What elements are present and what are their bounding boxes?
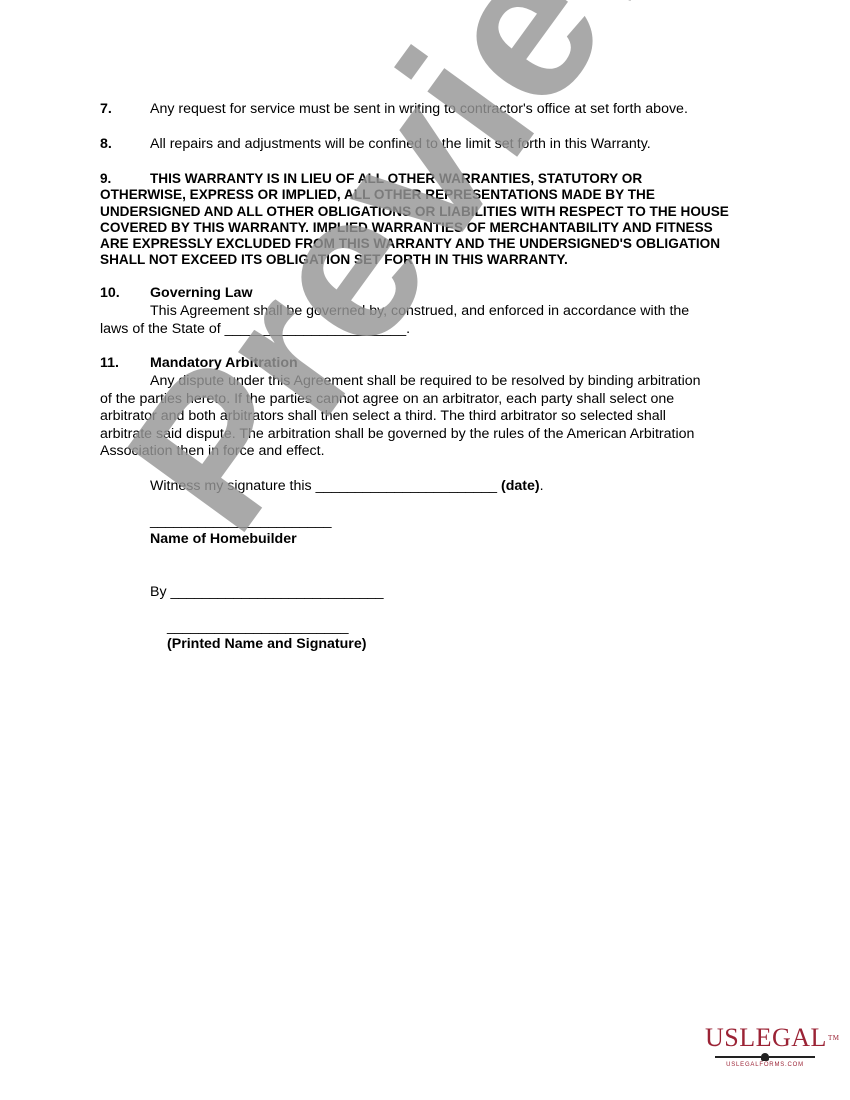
document-page: 7. Any request for service must be sent … [0, 0, 850, 1100]
item-number: 11. [100, 355, 119, 371]
logo-brand: USLEGALTM [705, 1025, 825, 1051]
logo-url: USLEGALFORMS.COM [705, 1062, 825, 1068]
by-signature-line: By ___________________________ [150, 584, 384, 600]
section-heading: Governing Law [150, 285, 252, 301]
printed-name-label: (Printed Name and Signature) [167, 636, 366, 652]
state-blank: laws of the State of ___________________… [100, 321, 750, 339]
eagle-icon [715, 1053, 815, 1061]
witness-line: Witness my signature this ______________… [150, 478, 544, 494]
item-number: 9. [100, 171, 150, 187]
item-number: 8. [100, 136, 112, 152]
uslegal-logo: USLEGALTM USLEGALFORMS.COM [705, 1025, 825, 1068]
printed-name-line: _______________________ [167, 619, 348, 635]
homebuilder-signature-line: _______________________ [150, 513, 331, 529]
item-text: Any request for service must be sent in … [150, 101, 688, 117]
item-text: All repairs and adjustments will be conf… [150, 136, 651, 152]
section-heading: Mandatory Arbitration [150, 355, 298, 371]
homebuilder-label: Name of Homebuilder [150, 531, 297, 547]
governing-law-text: This Agreement shall be governed by, con… [100, 303, 750, 338]
item-number: 10. [100, 285, 120, 301]
arbitration-text: Any dispute under this Agreement shall b… [100, 373, 750, 461]
item-number: 7. [100, 101, 112, 117]
warranty-disclaimer: 9.THIS WARRANTY IS IN LIEU OF ALL OTHER … [100, 171, 760, 269]
